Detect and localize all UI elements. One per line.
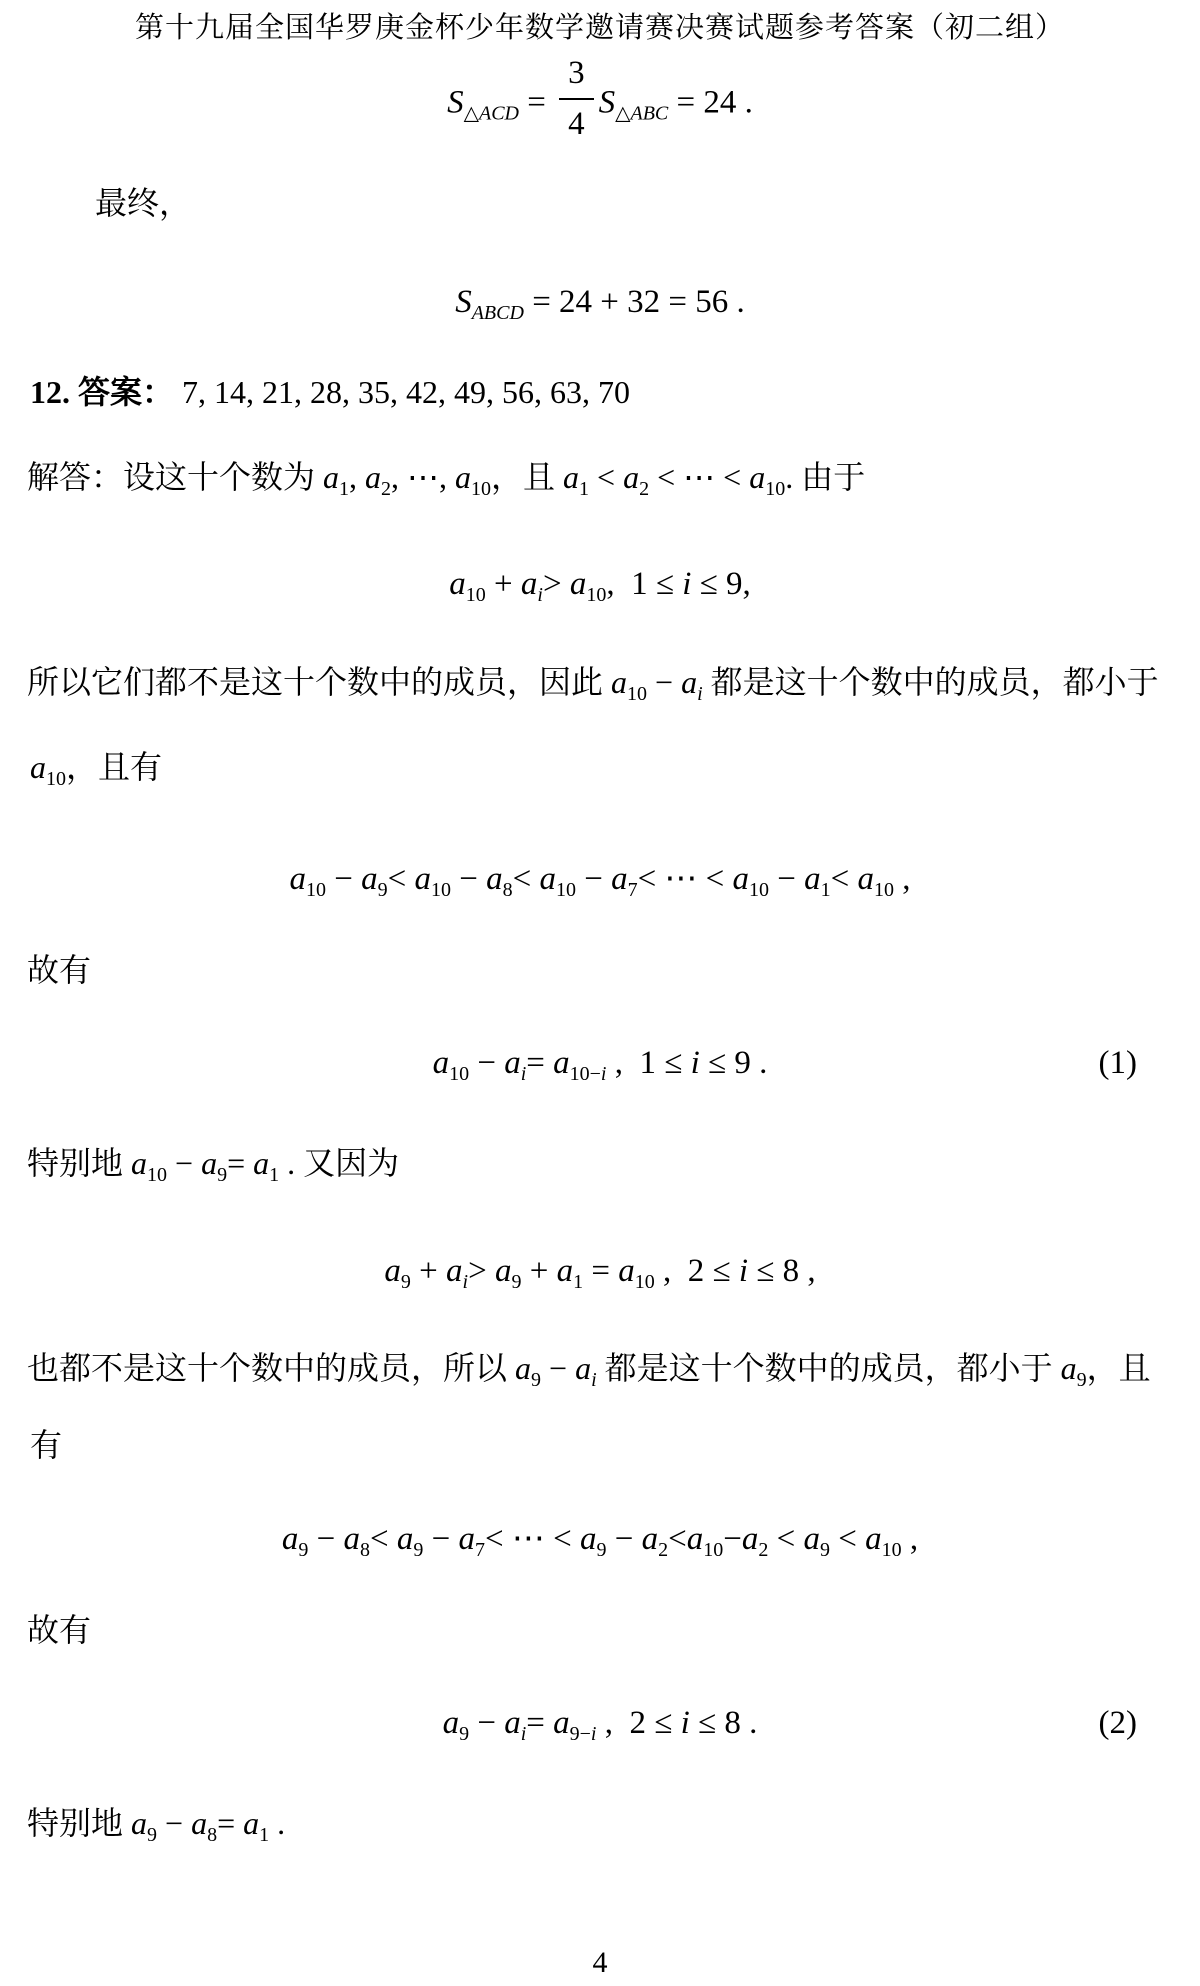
eq-identity-2: a9 − ai= a9−i , 2 ≤ i ≤ 8 . xyxy=(0,1702,1200,1747)
eq-identity-1-row: a10 − ai= a10−i , 1 ≤ i ≤ 9 . (1) xyxy=(0,1042,1200,1087)
para-thus-1: 故有 xyxy=(27,950,91,992)
solution-intro-line: 解答：设这十个数为 a1, a2, ⋯, a10，且 a1 < a2 < ⋯ <… xyxy=(27,457,865,502)
para-members-2: 也都不是这十个数中的成员，所以 a9 − ai 都是这十个数中的成员，都小于 a… xyxy=(27,1348,1151,1393)
eq-chain-a10: a10 − a9< a10 − a8< a10 − a7< ⋯ < a10 − … xyxy=(0,858,1200,903)
eq-sum-exceeds: a10 + ai> a10, 1 ≤ i ≤ 9, xyxy=(0,563,1200,608)
eq-chain-a9: a9 − a8< a9 − a7< ⋯ < a9 − a2<a10−a2 < a… xyxy=(0,1518,1200,1563)
para-members-1: 所以它们都不是这十个数中的成员，因此 a10 − ai 都是这十个数中的成员，都… xyxy=(27,662,1159,707)
eq-number-2: (2) xyxy=(1099,1702,1137,1745)
para-members-1-cont: a10，且有 xyxy=(30,747,162,792)
eq-identity-1: a10 − ai= a10−i , 1 ≤ i ≤ 9 . xyxy=(0,1042,1200,1087)
para-finally: 最终， xyxy=(95,183,191,225)
para-thus-2: 故有 xyxy=(27,1610,91,1652)
eq-identity-2-row: a9 − ai= a9−i , 2 ≤ i ≤ 8 . (2) xyxy=(0,1702,1200,1747)
eq-sum-a9: a9 + ai> a9 + a1 = a10 , 2 ≤ i ≤ 8 , xyxy=(0,1250,1200,1295)
eq-number-1: (1) xyxy=(1099,1042,1137,1085)
page-number: 4 xyxy=(0,1943,1200,1982)
eq-s-acd: S△ACD = 34S△ABC = 24 . xyxy=(0,58,1200,152)
para-members-2-cont: 有 xyxy=(30,1425,62,1467)
para-special-1: 特别地 a10 − a9= a1 . 又因为 xyxy=(27,1143,399,1188)
eq-s-abcd: SABCD = 24 + 32 = 56 . xyxy=(0,281,1200,326)
doc-title: 第十九届全国华罗庚金杯少年数学邀请赛决赛试题参考答案（初二组） xyxy=(0,10,1200,48)
document-page: { "page": { "header": "第十九届全国华罗庚金杯少年数学邀请… xyxy=(0,0,1200,1986)
para-special-2: 特别地 a9 − a8= a1 . xyxy=(27,1803,285,1848)
problem-12-answer-line: 12. 答案： 7, 14, 21, 28, 35, 42, 49, 56, 6… xyxy=(30,372,630,414)
